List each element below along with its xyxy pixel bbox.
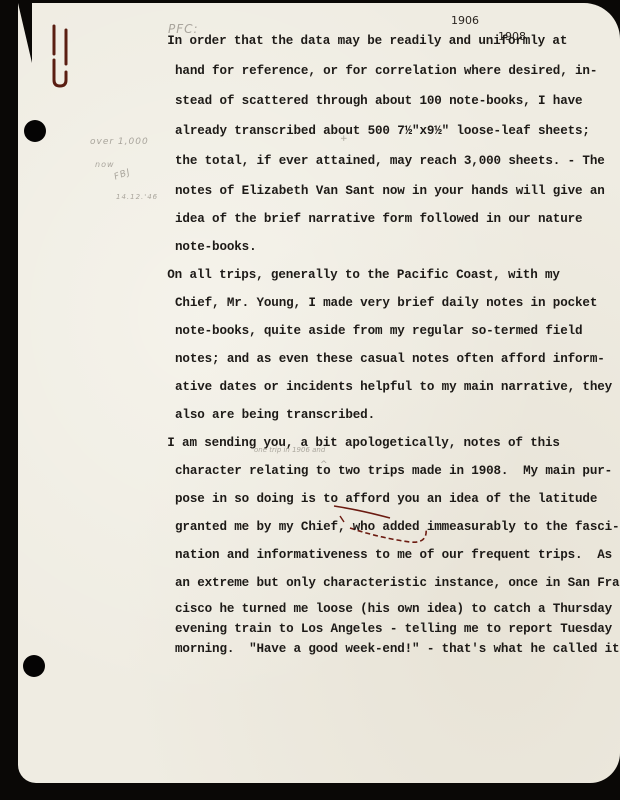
paragraph-1-line-5: the total, if ever attained, may reach 3… — [175, 154, 605, 168]
punch-hole-bottom — [23, 655, 45, 677]
paperclip-rust-mark-icon — [50, 24, 70, 88]
paragraph-2-line-2: Chief, Mr. Young, I made very brief dail… — [175, 296, 597, 310]
paragraph-3-line-9: morning. "Have a good week-end!" - that'… — [175, 642, 620, 656]
paragraph-3-line-7: cisco he turned me loose (his own idea) … — [175, 602, 612, 616]
paragraph-1-line-1: In order that the data may be readily an… — [145, 34, 567, 48]
paragraph-3-line-3: pose in so doing is to afford you an ide… — [175, 492, 597, 506]
paragraph-1-line-8: note-books. — [175, 240, 256, 254]
paragraph-2-line-5: ative dates or incidents helpful to my m… — [175, 380, 612, 394]
margin-note-now: now — [95, 160, 115, 169]
paragraph-2-line-1: On all trips, generally to the Pacific C… — [145, 268, 560, 282]
paragraph-3-line-6: an extreme but only characteristic insta… — [175, 576, 620, 590]
paragraph-2-line-6: also are being transcribed. — [175, 408, 375, 422]
paragraph-1-line-7: idea of the brief narrative form followe… — [175, 212, 582, 226]
paragraph-3-line-1: I am sending you, a bit apologetically, … — [145, 436, 560, 450]
paragraph-2-line-4: notes; and as even these casual notes of… — [175, 352, 605, 366]
paragraph-2-line-3: note-books, quite aside from my regular … — [175, 324, 582, 338]
paragraph-1-line-3: stead of scattered through about 100 not… — [175, 94, 582, 108]
paragraph-3-line-4: granted me by my Chief, who added immeas… — [175, 520, 619, 534]
paragraph-1-line-4: already transcribed about 500 7½"x9½" lo… — [175, 124, 590, 138]
folded-corner — [18, 3, 32, 63]
margin-note-date: 14.12.'46 — [116, 193, 158, 201]
paragraph-1-line-6: notes of Elizabeth Van Sant now in your … — [175, 184, 605, 198]
punch-hole-top — [24, 120, 46, 142]
margin-note-over-1000: over 1,000 — [90, 137, 149, 147]
paragraph-1-line-2: hand for reference, or for correlation w… — [175, 64, 597, 78]
paragraph-3-line-8: evening train to Los Angeles - telling m… — [175, 622, 612, 636]
year-note-1906: 1906 — [451, 14, 479, 27]
paragraph-3-line-5: nation and informativeness to me of our … — [175, 548, 612, 562]
paragraph-3-line-2: character relating to two trips made in … — [175, 464, 612, 478]
